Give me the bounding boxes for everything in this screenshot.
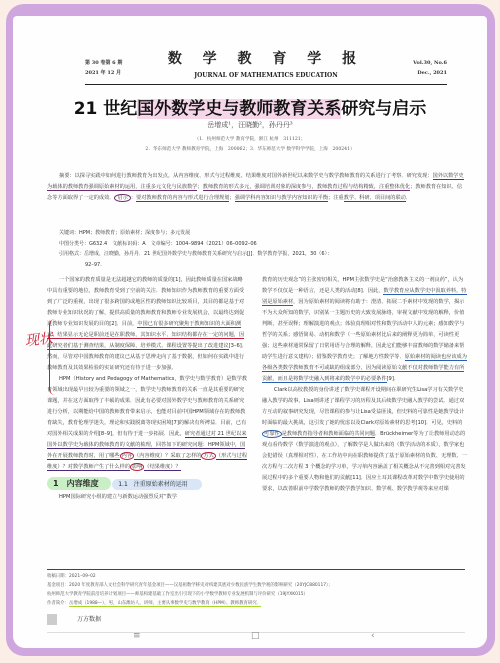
underlined-text: （结果维度）？ [144, 464, 180, 471]
abstract-finding-2: 教师教育的形式多元，强调培训对象的深度参与，教师教育过程与结构精致，注重整体优化 [203, 184, 411, 191]
abstract-sep: ； [229, 195, 234, 201]
brand-name: 万方数据 [77, 614, 101, 623]
abstract-insight-2: 强调学科内容知识与教学内容知识的平衡 [235, 195, 328, 202]
abstract-sep: ； [197, 184, 202, 190]
journal-name: 数 学 教 育 学 报 JOURNAL OF MATHEMATICS EDUCA… [85, 48, 447, 79]
classification: 中图分类号：G632.4 文献标识码：A 文章编号：1004–9894（2021… [59, 239, 465, 250]
title-prefix: 21 世纪 [74, 99, 138, 119]
abstract-end: ． [406, 195, 411, 201]
journal-name-cn: 数 学 教 育 学 报 [85, 48, 447, 68]
section-heading-1: 1 内容维度 [47, 477, 111, 490]
citation-line-2: 92–97. [59, 260, 465, 271]
text: HPM（History and Pedagogy of Mathematics，… [47, 376, 247, 437]
screen: 第 30 卷第 6 期 2021 年 12 月 数 学 教 育 学 报 JOUR… [13, 16, 487, 648]
affiliation-1: （1．杭州师范大学 教育学院，浙江 杭州 311121； [13, 136, 487, 142]
text: ．Brückheimer等为了让教师用动态的观点看待数学（数学演进的观点），了解… [262, 431, 467, 492]
author-info: 岳增成（1988—），男，山东潍坊人，讲师，主要从事数学史与数学教育（HPM）、… [69, 601, 261, 607]
date-en: Dec., 2021 [413, 68, 447, 78]
journal-header: 第 30 卷第 6 期 2021 年 12 月 数 学 教 育 学 报 JOUR… [85, 46, 447, 85]
abstract: 摘要：以探寻实践中如何进行教师教育为出发点，从内容维度、形式与过程维度、结果维度… [47, 171, 465, 204]
circled-text: 内容 [120, 452, 134, 460]
affiliation-2: 2．华东师范大学 教师教育学院，上海 200062；3．华东师范大学 数学科学学… [13, 146, 487, 152]
fund-line-1: 基金项目：2020 年度教育部人文社会科学研究青年基金项目——汉基祖数学移史对构… [47, 581, 465, 590]
title-suffix: 研究与启示 [341, 99, 426, 119]
fund-line-2: 杭州师范大学教育学院前沿培养计划项目——师基构建基础工作室出引引现下的小学数学教… [47, 590, 465, 599]
section-heading-1-1: 1.1 注重原始素材的运用 [112, 479, 202, 490]
keywords: 关键词：HPM；教师教育；原始素材；深度参与；多元发展 [59, 228, 465, 239]
abstract-lead: 摘要：以探寻实践中如何进行教师教育为出发点，从内容维度、形式与过程维度、结果维度… [59, 173, 433, 179]
author-label: 作者简介： [47, 601, 69, 606]
paragraph: 一个国家的教育质量是无法超越它的教师的质量的[1]，因此教师质量在国家战略中具有… [47, 275, 247, 374]
circled-text: 影响 [130, 463, 144, 471]
paper-page: 第 30 卷第 6 期 2021 年 12 月 数 学 教 育 学 报 JOUR… [13, 16, 487, 606]
title-highlight: 国外数学史与教师教育关系 [137, 99, 341, 119]
menu-icon[interactable]: ≡ [133, 631, 141, 641]
article-title: 21 世纪国外数学史与教师教育关系研究与启示 [13, 94, 487, 119]
volume-en: Vol.30, No.6 [413, 58, 447, 68]
citation-line-1: 引用格式：岳增成，汪晓勤，孙丹丹．21 世纪国外数学史与教师教育关系研究与启示[… [59, 249, 465, 260]
footnotes: 收稿日期：2021–09–02 基金项目：2020 年度教育部人文社会科学研究青… [47, 569, 465, 608]
abstract-circled-insight: 启示 [114, 194, 130, 202]
circled-text: 方式 [201, 452, 215, 460]
received-date: 收稿日期：2021–09–02 [47, 572, 465, 581]
journal-volume-right: Vol.30, No.6 Dec., 2021 [413, 58, 447, 78]
circled-text: 可靠性 [262, 430, 282, 438]
body-column-right: 教育的历史观念”的主张密切相关，HPM主张数学史是“治愈教条主义的一剂良药”，认… [262, 275, 468, 495]
text: Clark以高校教授的身份讲述了数学史课程开设期间在职研究生Lisa学习有关数学… [262, 387, 464, 426]
back-icon[interactable]: ‹ [371, 631, 375, 641]
text: 一个国家的教育质量是无法超越它的教师的质量的[1]，因此教师质量在国家战略中具有… [47, 277, 244, 327]
text: ，因为原始素材的阅读将有助于：澄清、拓展二手素材中发现的数学，揭示不为大众所知的… [262, 299, 464, 360]
paragraph: HPM（History and Pedagogy of Mathematics，… [47, 374, 247, 473]
article-meta: 关键词：HPM；教师教育；原始素材；深度参与；多元发展 中图分类号：G632.4… [59, 228, 465, 270]
authors: 岳增成¹，汪晓勤²，孙丹丹³ [13, 120, 487, 130]
handwritten-note: 现状 [24, 330, 54, 351]
underlined-text: （内容维度）？采取了怎样的 [134, 453, 201, 460]
paragraph: 教育的历史观念”的主张密切相关，HPM主张数学史是“治愈教条主义的一剂良药”，认… [262, 275, 468, 385]
paragraph: Clark以高校教授的身份讲述了数学史课程开设期间在职研究生Lisa学习有关数学… [262, 385, 468, 495]
text: [9]． [387, 376, 400, 382]
android-nav-bar: ≡ □ ‹ [13, 626, 487, 648]
abstract-insight-3: 教学、科研、项目间的联动 [344, 195, 406, 202]
paragraph: HPM国际研究小组的建立与新数运动强烈反对“数学 [47, 492, 247, 503]
abstract-insight-1: 要对教师教育的内容与形式进行合理规划 [136, 195, 229, 202]
abstract-sep: ；注重 [328, 195, 344, 201]
body-column-left: 一个国家的教育质量是无法超越它的教师的质量的[1]，因此教师质量在国家战略中具有… [47, 275, 247, 503]
home-icon[interactable]: □ [251, 631, 260, 641]
author-info-line: 作者简介：岳增成（1988—），男，山东潍坊人，讲师，主要从事数学史与数学教育（… [47, 599, 465, 608]
journal-name-en: JOURNAL OF MATHEMATICS EDUCATION [85, 72, 447, 79]
wanfang-logo-icon [47, 614, 57, 625]
underlined-text: 是教师教育指导者和教师面临的共同问题 [282, 431, 375, 438]
